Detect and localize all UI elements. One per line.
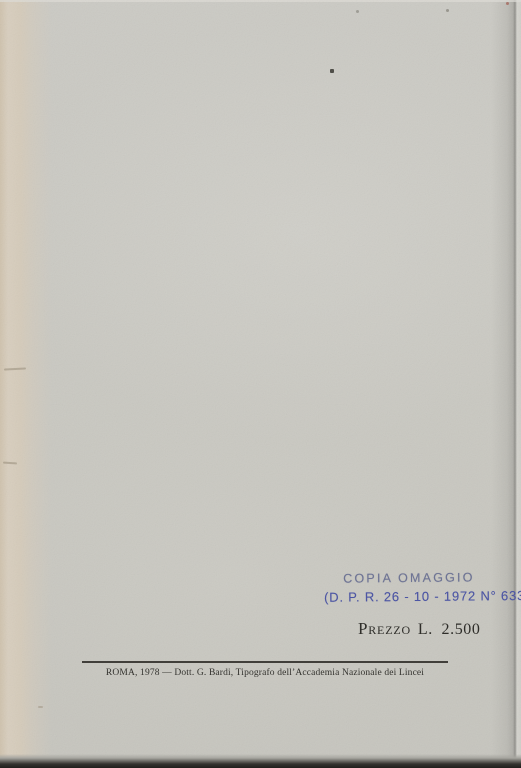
spine-band bbox=[0, 0, 52, 768]
price-line: PrezzoL. 2.500 bbox=[358, 619, 481, 639]
imprint-divider bbox=[82, 661, 448, 663]
book-back-cover: COPIA OMAGGIO (D. P. R. 26 - 10 - 1972 N… bbox=[0, 0, 521, 768]
page-bottom-shadow bbox=[0, 754, 521, 768]
paper-surface bbox=[0, 0, 521, 768]
gift-copy-stamp: COPIA OMAGGIO (D. P. R. 26 - 10 - 1972 N… bbox=[324, 570, 494, 604]
price-value: L. 2.500 bbox=[418, 621, 481, 638]
paper-fiber bbox=[38, 706, 43, 708]
ink-dot-speck bbox=[330, 69, 334, 73]
price-label: Prezzo bbox=[358, 619, 411, 638]
printer-imprint-text: ROMA, 1978 — Dott. G. Bardi, Tipografo d… bbox=[82, 668, 448, 678]
paper-speck bbox=[356, 10, 359, 13]
page-top-edge bbox=[0, 0, 521, 2]
page-right-edge bbox=[491, 0, 521, 768]
paper-speck bbox=[446, 9, 449, 12]
stamp-decree-reference-text: (D. P. R. 26 - 10 - 1972 N° 633) bbox=[324, 588, 494, 604]
paper-speck bbox=[506, 2, 509, 5]
stamp-copia-omaggio-text: COPIA OMAGGIO bbox=[324, 570, 494, 585]
